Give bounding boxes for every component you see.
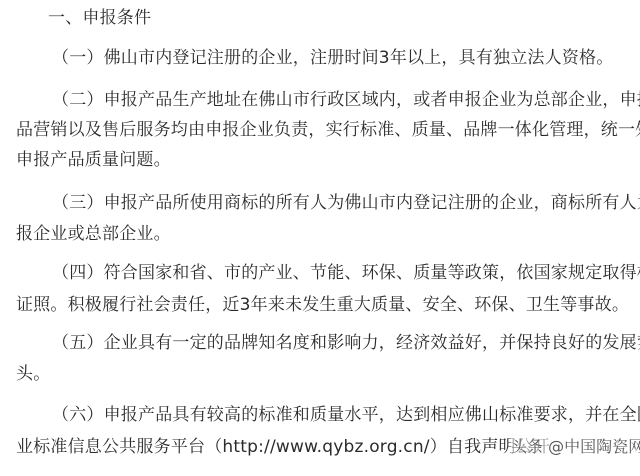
item-6-line-2: 业标准信息公共服务平台（http://www.qybz.org.cn/）自我声明… [16,436,550,458]
item-3-line-2: 报企业或总部企业。 [16,223,171,245]
item-5-line-2: 头。 [16,363,50,385]
item-4-line-2: 证照。积极履行社会责任，近3年来未发生重大质量、安全、环保、卫生等事故。 [16,294,629,316]
item-1-line-1: （一）佛山市内登记注册的企业，注册时间3年以上，具有独立法人资格。 [52,47,613,69]
item-4-line-1: （四）符合国家和省、市的产业、节能、环保、质量等政策，依国家规定取得相关 [52,262,640,284]
item-5-line-1: （五）企业具有一定的品牌知名度和影响力，经济效益好，并保持良好的发展势 [52,332,640,354]
item-2-line-1: （二）申报产品生产地址在佛山市行政区域内，或者申报企业为总部企业，申报产 [52,89,640,111]
item-2-line-2: 品营销以及售后服务均由申报企业负责，实行标准、质量、品牌一体化管理，统一处理 [16,119,640,141]
item-2-line-3: 申报产品质量问题。 [16,149,171,171]
item-3-line-1: （三）申报产品所使用商标的所有人为佛山市内登记注册的企业，商标所有人为申 [52,192,640,214]
item-6-line-1: （六）申报产品具有较高的标准和质量水平，达到相应佛山标准要求，并在全国企 [52,404,640,426]
section-heading: 一、申报条件 [48,7,151,29]
source-watermark: 头条 @中国陶瓷网 [511,436,640,458]
